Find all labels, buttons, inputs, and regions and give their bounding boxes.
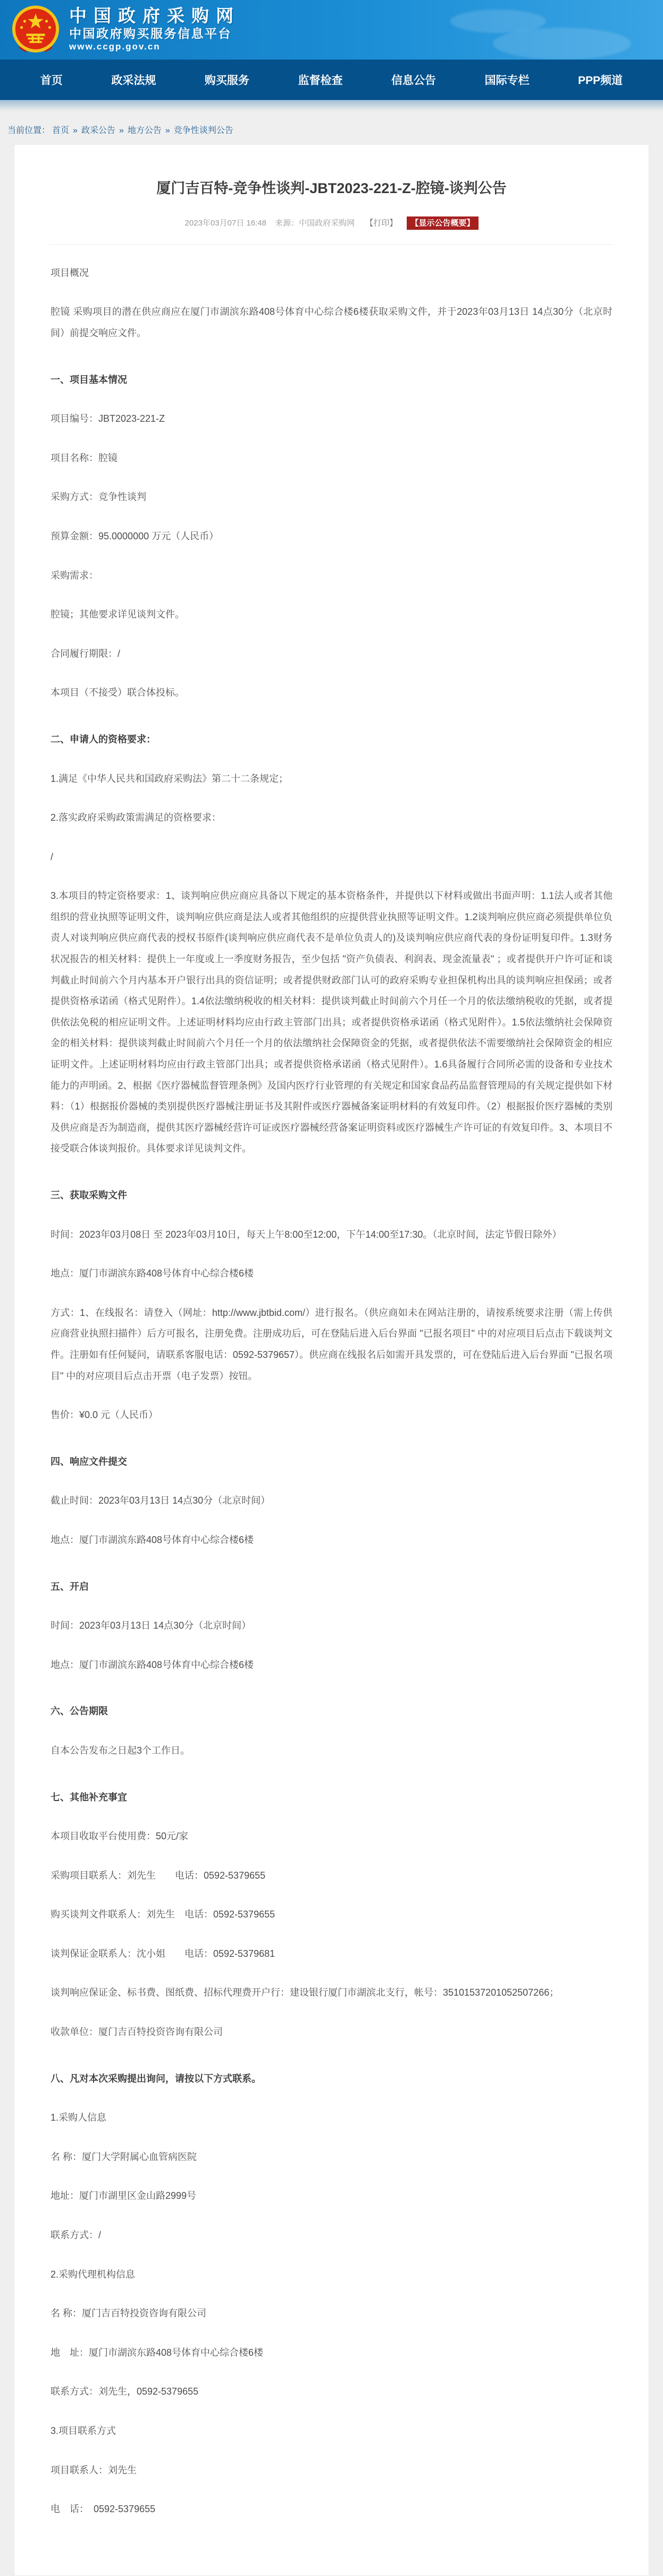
section-heading: 三、获取采购文件 xyxy=(51,1185,612,1206)
section-heading: 八、凡对本次采购提出询问，请按以下方式联系。 xyxy=(51,2069,612,2090)
paragraph: 腔镜 采购项目的潜在供应商应在厦门市湖滨东路408号体育中心综合楼6楼获取采购文… xyxy=(51,302,612,344)
nav-item-购买服务[interactable]: 购买服务 xyxy=(205,72,249,88)
paragraph: 项目概况 xyxy=(51,263,612,284)
breadcrumb-item: 竞争性谈判公告 xyxy=(174,126,233,135)
paragraph: 时间：2023年03月08日 至 2023年03月10日，每天上午8:00至12… xyxy=(51,1224,612,1246)
paragraph: 3.项目联系方式 xyxy=(51,2421,612,2442)
section-heading: 二、申请人的资格要求： xyxy=(51,729,612,751)
paragraph: 3.本项目的特定资格要求：1、谈判响应供应商应具备以下规定的基本资格条件，并提供… xyxy=(51,886,612,1160)
national-emblem-logo xyxy=(11,4,61,56)
cloud-decoration xyxy=(450,10,546,33)
paragraph: 购买谈判文件联系人：刘先生 电话：0592-5379655 xyxy=(51,1904,612,1925)
paragraph: 谈判响应保证金、标书费、图纸费、招标代理费开户行：建设银行厦门市湖滨北支行，帐号… xyxy=(51,1982,612,2004)
paragraph: 地点：厦门市湖滨东路408号体育中心综合楼6楼 xyxy=(51,1655,612,1676)
breadcrumb-separator: » xyxy=(165,126,170,135)
section-heading: 五、开启 xyxy=(51,1577,612,1598)
main-nav: 首页政采法规购买服务监督检查信息公告国际专栏PPP频道 xyxy=(0,60,663,100)
site-name: 中国政府采购网 xyxy=(69,6,240,26)
section-heading: 四、响应文件提交 xyxy=(51,1452,612,1473)
paragraph: 预算金额：95.0000000 万元（人民币） xyxy=(51,526,612,547)
paragraph: 联系方式：刘先生，0592-5379655 xyxy=(51,2381,612,2403)
breadcrumb-separator: » xyxy=(119,126,124,135)
paragraph: 腔镜；其他要求详见谈判文件。 xyxy=(51,604,612,626)
paragraph: 地 址：厦门市湖滨东路408号体育中心综合楼6楼 xyxy=(51,2342,612,2364)
nav-item-国际专栏[interactable]: 国际专栏 xyxy=(485,72,530,88)
paragraph: 1.满足《中华人民共和国政府采购法》第二十二条规定； xyxy=(51,769,612,790)
paragraph: / xyxy=(51,847,612,868)
breadcrumb-separator: » xyxy=(73,126,78,135)
paragraph: 收款单位：厦门吉百特投资咨询有限公司 xyxy=(51,2022,612,2043)
print-button[interactable]: 【打印】 xyxy=(365,219,397,228)
paragraph: 电 话： 0592-5379655 xyxy=(51,2499,612,2520)
paragraph: 方式：1、在线报名：请登入（网址：http://www.jbtbid.com/）… xyxy=(51,1303,612,1387)
paragraph: 名 称：厦门大学附属心血管病医院 xyxy=(51,2147,612,2168)
paragraph: 截止时间：2023年03月13日 14点30分（北京时间） xyxy=(51,1490,612,1512)
breadcrumb-label: 当前位置： xyxy=(7,126,50,135)
paragraph: 本项目（不接受）联合体投标。 xyxy=(51,682,612,704)
paragraph: 项目编号：JBT2023-221-Z xyxy=(51,409,612,430)
site-header: 中国政府采购网 中国政府购买服务信息平台 www.ccgp.gov.cn xyxy=(0,0,663,60)
section-heading: 六、公告期限 xyxy=(51,1701,612,1722)
paragraph: 采购方式：竞争性谈判 xyxy=(51,487,612,508)
announcement-card: 厦门吉百特-竞争性谈判-JBT2023-221-Z-腔镜-谈判公告 2023年0… xyxy=(14,144,649,2576)
section-heading: 七、其他补充事宜 xyxy=(51,1787,612,1808)
show-summary-button[interactable]: 【显示公告概要】 xyxy=(407,216,478,230)
paragraph: 谈判保证金联系人：沈小姐 电话：0592-5379681 xyxy=(51,1944,612,1965)
paragraph: 地址：厦门市湖里区金山路2999号 xyxy=(51,2186,612,2207)
paragraph: 名 称：厦门吉百特投资咨询有限公司 xyxy=(51,2303,612,2324)
nav-item-PPP频道[interactable]: PPP频道 xyxy=(578,72,623,88)
nav-gradient xyxy=(0,100,663,114)
paragraph: 联系方式：/ xyxy=(51,2225,612,2246)
breadcrumb-item[interactable]: 地方公告 xyxy=(128,126,162,135)
paragraph: 项目联系人：刘先生 xyxy=(51,2460,612,2481)
paragraph: 合同履行期限：/ xyxy=(51,644,612,665)
nav-item-信息公告[interactable]: 信息公告 xyxy=(391,72,436,88)
paragraph: 时间：2023年03月13日 14点30分（北京时间） xyxy=(51,1615,612,1637)
paragraph: 采购需求： xyxy=(51,565,612,587)
article-meta: 2023年03月07日 16:48 来源：中国政府采购网 【打印】 【显示公告概… xyxy=(49,217,614,228)
paragraph: 2.采购代理机构信息 xyxy=(51,2264,612,2286)
breadcrumb-item[interactable]: 首页 xyxy=(52,126,69,135)
paragraph: 地点：厦门市湖滨东路408号体育中心综合楼6楼 xyxy=(51,1263,612,1285)
breadcrumb-item[interactable]: 政采公告 xyxy=(81,126,115,135)
nav-item-政采法规[interactable]: 政采法规 xyxy=(111,72,156,88)
nav-item-监督检查[interactable]: 监督检查 xyxy=(298,72,342,88)
paragraph: 2.落实政府采购政策需满足的资格要求： xyxy=(51,807,612,829)
paragraph: 1.采购人信息 xyxy=(51,2107,612,2129)
cloud-decoration xyxy=(493,28,631,60)
paragraph: 采购项目联系人：刘先生 电话：0592-5379655 xyxy=(51,1865,612,1887)
section-heading: 一、项目基本情况 xyxy=(51,370,612,391)
breadcrumb: 当前位置：首页»政采公告»地方公告»竞争性谈判公告 xyxy=(0,114,663,142)
paragraph: 本项目收取平台使用费：50元/家 xyxy=(51,1826,612,1847)
paragraph: 地点：厦门市湖滨东路408号体育中心综合楼6楼 xyxy=(51,1530,612,1551)
nav-item-首页[interactable]: 首页 xyxy=(40,72,63,88)
article-body: 项目概况腔镜 采购项目的潜在供应商应在厦门市湖滨东路408号体育中心综合楼6楼获… xyxy=(49,263,614,2520)
page-title: 厦门吉百特-竞争性谈判-JBT2023-221-Z-腔镜-谈判公告 xyxy=(71,179,592,199)
source-label: 来源：中国政府采购网 xyxy=(275,219,355,228)
paragraph: 项目名称：腔镜 xyxy=(51,448,612,469)
site-subtitle: 中国政府购买服务信息平台 xyxy=(69,26,240,41)
publish-datetime: 2023年03月07日 16:48 xyxy=(184,219,266,228)
paragraph: 自本公告发布之日起3个工作日。 xyxy=(51,1740,612,1762)
paragraph: 售价：¥0.0 元（人民币） xyxy=(51,1405,612,1426)
site-url: www.ccgp.gov.cn xyxy=(69,41,240,53)
meta-divider xyxy=(49,244,614,245)
breadcrumb-items: 首页»政采公告»地方公告»竞争性谈判公告 xyxy=(50,126,236,135)
